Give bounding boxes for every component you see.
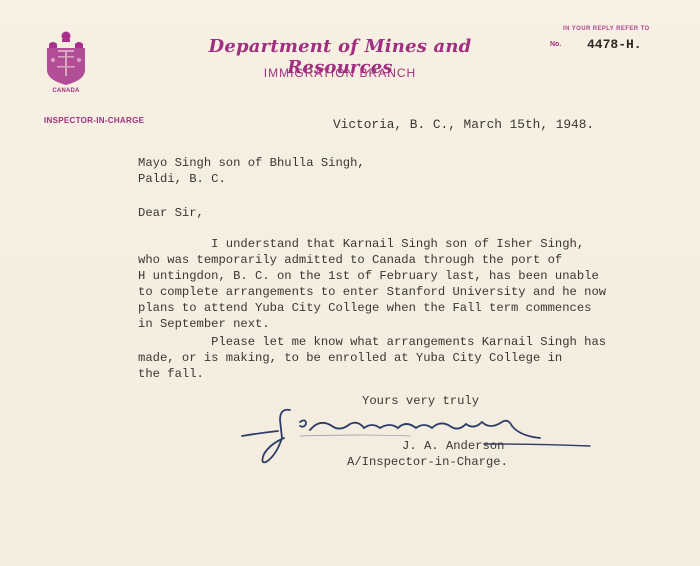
date-line: Victoria, B. C., March 15th, 1948. [333,117,594,133]
recipient-line: Paldi, B. C. [138,171,365,187]
letter-page: CANADA Department of Mines and Resources… [0,0,700,566]
body-line: I understand that Karnail Singh son of I… [138,236,606,252]
canada-coat-of-arms-icon [43,30,89,86]
body-line: who was temporarily admitted to Canada t… [138,252,606,268]
body-paragraph-1: I understand that Karnail Singh son of I… [138,236,606,332]
body-line: plans to attend Yuba City College when t… [138,300,606,316]
body-line: in September next. [138,316,606,332]
body-paragraph-2: Please let me know what arrangements Kar… [138,334,606,382]
recipient-line: Mayo Singh son of Bhulla Singh, [138,155,365,171]
body-line: made, or is making, to be enrolled at Yu… [138,350,606,366]
office-heading: INSPECTOR-IN-CHARGE [44,116,144,125]
reply-number-label: No. [550,41,561,48]
reply-reference-number: 4478-H. [587,37,642,52]
recipient-address: Mayo Singh son of Bhulla Singh,Paldi, B.… [138,155,365,187]
body-line: H untingdon, B. C. on the 1st of Februar… [138,268,606,284]
signer-name: J. A. Anderson [402,438,504,454]
branch-name: IMMIGRATION BRANCH [180,66,500,80]
reply-reference-prompt: IN YOUR REPLY REFER TO [563,26,650,32]
body-line: to complete arrangements to enter Stanfo… [138,284,606,300]
salutation: Dear Sir, [138,205,204,221]
signer-title: A/Inspector-in-Charge. [347,454,508,470]
crest-caption: CANADA [40,88,92,94]
body-line: the fall. [138,366,606,382]
body-line: Please let me know what arrangements Kar… [138,334,606,350]
